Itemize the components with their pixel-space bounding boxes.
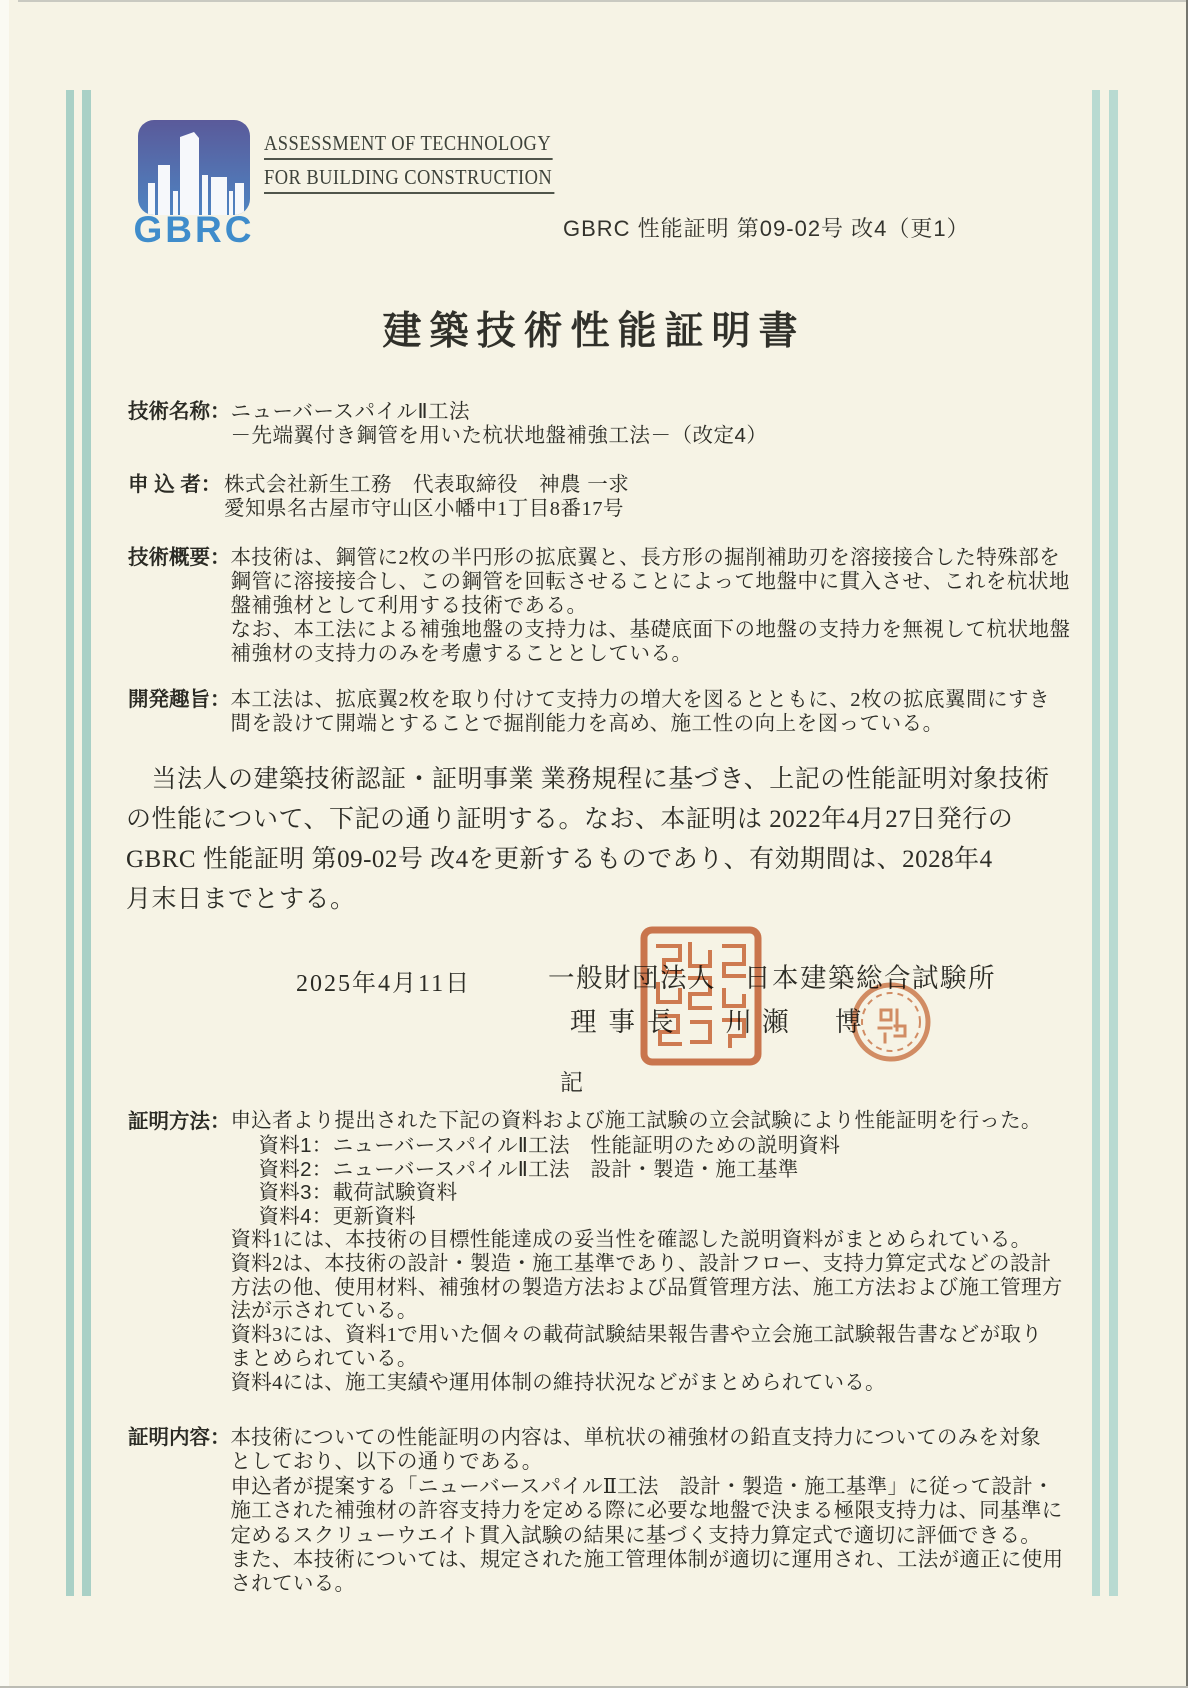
field-development-purpose: 開発趣旨： 本工法は、拡底翼2枚を取り付けて支持力の増大を図るとともに、2枚の拡… <box>128 688 1078 736</box>
field-applicant: 申 込 者： 株式会社新生工務 代表取締役 神農 一求 愛知県名古屋市守山区小幡… <box>128 473 1078 521</box>
tech-name-line: －先端翼付き鋼管を用いた杭状地盤補強工法－（改定4） <box>231 424 1079 448</box>
section-label: 証明方法： <box>128 1110 231 1396</box>
certification-statement: 当法人の建築技術認証・証明事業 業務規程に基づき、上記の性能証明対象技術 の性能… <box>126 760 1076 920</box>
logo-wordmark: GBRC <box>126 209 262 251</box>
method-document: 資料2：ニューバースパイルⅡ工法 設計・製造・施工基準 <box>259 1158 1081 1182</box>
applicant-address: 愛知県名古屋市守山区小幡中1丁目8番17号 <box>224 497 1078 521</box>
purpose-line: 間を設けて開端とすることで掘削能力を高め、施工性の向上を図っている。 <box>231 712 1079 736</box>
field-tech-overview: 技術概要： 本技術は、鋼管に2枚の半円形の拡底翼と、長方形の掘削補助刃を溶接接合… <box>128 546 1078 666</box>
certificate-page: GBRC ASSESSMENT OF TECHNOLOGY FOR BUILDI… <box>0 0 1188 1688</box>
method-body-line: 資料1には、本技術の目標性能達成の妥当性を確認した説明資料がまとめられている。 <box>231 1229 1081 1253</box>
document-number: GBRC 性能証明 第09-02号 改4（更1） <box>563 212 970 243</box>
content-body-line: としており、以下の通りである。 <box>231 1450 1081 1474</box>
statement-line: 月末日までとする。 <box>126 880 1076 920</box>
field-label: 技術名称： <box>128 400 231 448</box>
gbrc-logo-icon <box>138 120 250 215</box>
section-label: 証明内容： <box>128 1426 231 1597</box>
issue-date: 2025年4月11日 <box>296 963 471 998</box>
round-seal-icon <box>849 980 933 1064</box>
content-body-line: されている。 <box>231 1572 1081 1596</box>
applicant-line: 株式会社新生工務 代表取締役 神農 一求 <box>224 473 1078 497</box>
purpose-line: 本工法は、拡底翼2枚を取り付けて支持力の増大を図るとともに、2枚の拡底翼間にすき <box>231 688 1079 712</box>
overview-line: 盤補強材として利用する技術である。 <box>231 594 1079 618</box>
overview-line: 鋼管に溶接接合し、この鋼管を回転させることによって地盤中に貫入させ、これを杭状地 <box>231 570 1079 594</box>
method-document: 資料4：更新資料 <box>259 1205 1081 1229</box>
content-body-line: 申込者が提案する「ニューバースパイルⅡ工法 設計・製造・施工基準」に従って設計・ <box>231 1475 1081 1499</box>
method-body-line: 資料3には、資料1で用いた個々の載荷試験結果報告書や立会施工試験報告書などが取り <box>231 1324 1081 1348</box>
tagline-line-2: FOR BUILDING CONSTRUCTION <box>264 165 554 194</box>
scan-edge-left <box>0 0 9 1688</box>
overview-line: 本技術は、鋼管に2枚の半円形の拡底翼と、長方形の掘削補助刃を溶接接合した特殊部を <box>231 546 1079 570</box>
content-body-line: 本技術についての性能証明の内容は、単杭状の補強材の鉛直支持力についてのみを対象 <box>231 1426 1081 1450</box>
field-tech-name: 技術名称： ニューバースパイルⅡ工法 －先端翼付き鋼管を用いた杭状地盤補強工法－… <box>128 400 1078 448</box>
tech-name-line: ニューバースパイルⅡ工法 <box>231 400 1079 424</box>
field-label: 開発趣旨： <box>128 688 231 736</box>
section-certification-content: 証明内容： 本技術についての性能証明の内容は、単杭状の補強材の鉛直支持力について… <box>128 1426 1080 1597</box>
city-skyline-icon <box>138 120 250 215</box>
field-label: 申 込 者： <box>128 473 224 521</box>
content-body-line: 施工された補強材の許容支持力を定める際に必要な地盤で決まる極限支持力は、同基準に <box>231 1499 1081 1523</box>
statement-line: の性能について、下記の通り証明する。なお、本証明は 2022年4月27日発行の <box>126 800 1076 840</box>
method-body-line: 資料2は、本技術の設計・製造・施工基準であり、設計フロー、支持力算定式などの設計 <box>231 1253 1081 1277</box>
logo-tagline: ASSESSMENT OF TECHNOLOGY FOR BUILDING CO… <box>264 131 554 199</box>
statement-line: GBRC 性能証明 第09-02号 改4を更新するものであり、有効期間は、202… <box>126 840 1076 880</box>
method-body-line: 法が示されている。 <box>231 1300 1081 1324</box>
content-body-line: 定めるスクリューウエイト貫入試験の結果に基づく支持力算定式で適切に評価できる。 <box>231 1524 1081 1548</box>
method-document: 資料3：載荷試験資料 <box>259 1181 1081 1205</box>
method-body-line: まとめられている。 <box>231 1348 1081 1372</box>
method-body-line: 方法の他、使用材料、補強材の製造方法および品質管理方法、施工方法および施工管理方 <box>231 1277 1081 1301</box>
page-title: 建築技術性能証明書 <box>0 300 1188 356</box>
method-intro: 申込者より提出された下記の資料および施工試験の立会試験により性能証明を行った。 <box>231 1110 1081 1134</box>
overview-line: なお、本工法による補強地盤の支持力は、基礎底面下の地盤の支持力を無視して杭状地盤 <box>231 618 1079 642</box>
content-body-line: また、本技術については、規定された施工管理体制が適切に運用され、工法が適正に使用 <box>231 1548 1081 1572</box>
square-seal-icon <box>640 926 762 1066</box>
statement-line: 当法人の建築技術認証・証明事業 業務規程に基づき、上記の性能証明対象技術 <box>126 760 1076 800</box>
method-document: 資料1：ニューバースパイルⅡ工法 性能証明のための説明資料 <box>259 1134 1081 1158</box>
scan-edge-top <box>18 0 1188 2</box>
method-body-line: 資料4には、施工実績や運用体制の維持状況などがまとめられている。 <box>231 1372 1081 1396</box>
overview-line: 補強材の支持力のみを考慮することとしている。 <box>231 642 1079 666</box>
record-marker: 記 <box>560 1064 583 1097</box>
section-certification-method: 証明方法： 申込者より提出された下記の資料および施工試験の立会試験により性能証明… <box>128 1110 1080 1396</box>
tagline-line-1: ASSESSMENT OF TECHNOLOGY <box>264 131 553 160</box>
field-label: 技術概要： <box>128 546 231 666</box>
